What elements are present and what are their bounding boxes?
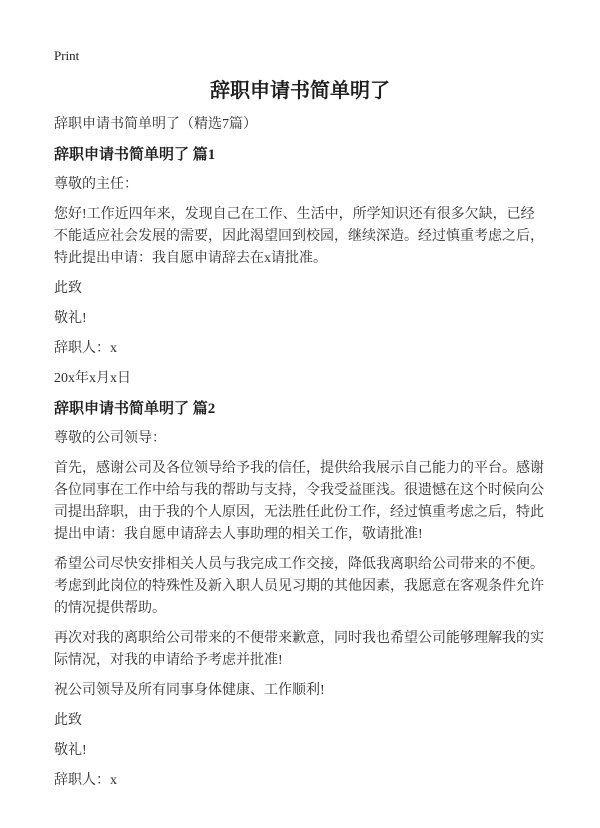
doc-subtitle: 辞职申请书简单明了（精选7篇） xyxy=(54,114,546,136)
section-2-body-paragraph-2: 希望公司尽快安排相关人员与我完成工作交接，降低我离职给公司带来的不便。考虑到此岗… xyxy=(54,554,546,620)
document-page: Print 辞职申请书简单明了 辞职申请书简单明了（精选7篇） 辞职申请书简单明… xyxy=(0,0,600,828)
page-title: 辞职申请书简单明了 xyxy=(54,76,546,106)
section-1-salutation: 尊敬的主任： xyxy=(54,174,546,196)
section-1-heading: 辞职申请书简单明了 篇1 xyxy=(54,144,546,166)
section-2-signature-line: 辞职人：x xyxy=(54,770,546,792)
section-1-body-paragraph: 您好!工作近四年来，发现自己在工作、生活中，所学知识还有很多欠缺，已经不能适应社… xyxy=(54,204,546,270)
section-1-date-line: 20x年x月x日 xyxy=(54,368,546,390)
section-1-closing-salute: 敬礼! xyxy=(54,308,546,330)
section-2-heading: 辞职申请书简单明了 篇2 xyxy=(54,398,546,420)
print-link[interactable]: Print xyxy=(54,46,546,66)
section-2-closing-salute: 敬礼! xyxy=(54,740,546,762)
section-2-salutation: 尊敬的公司领导： xyxy=(54,428,546,450)
section-1-closing-phrase: 此致 xyxy=(54,278,546,300)
section-2-wish-line: 祝公司领导及所有同事身体健康、工作顺利! xyxy=(54,680,546,702)
section-2-body-paragraph-3: 再次对我的离职给公司带来的不便带来歉意，同时我也希望公司能够理解我的实际情况，对… xyxy=(54,628,546,672)
section-2-closing-phrase: 此致 xyxy=(54,710,546,732)
section-1-signature-line: 辞职人：x xyxy=(54,338,546,360)
section-2-body-paragraph-1: 首先，感谢公司及各位领导给予我的信任，提供给我展示自己能力的平台。感谢各位同事在… xyxy=(54,458,546,546)
